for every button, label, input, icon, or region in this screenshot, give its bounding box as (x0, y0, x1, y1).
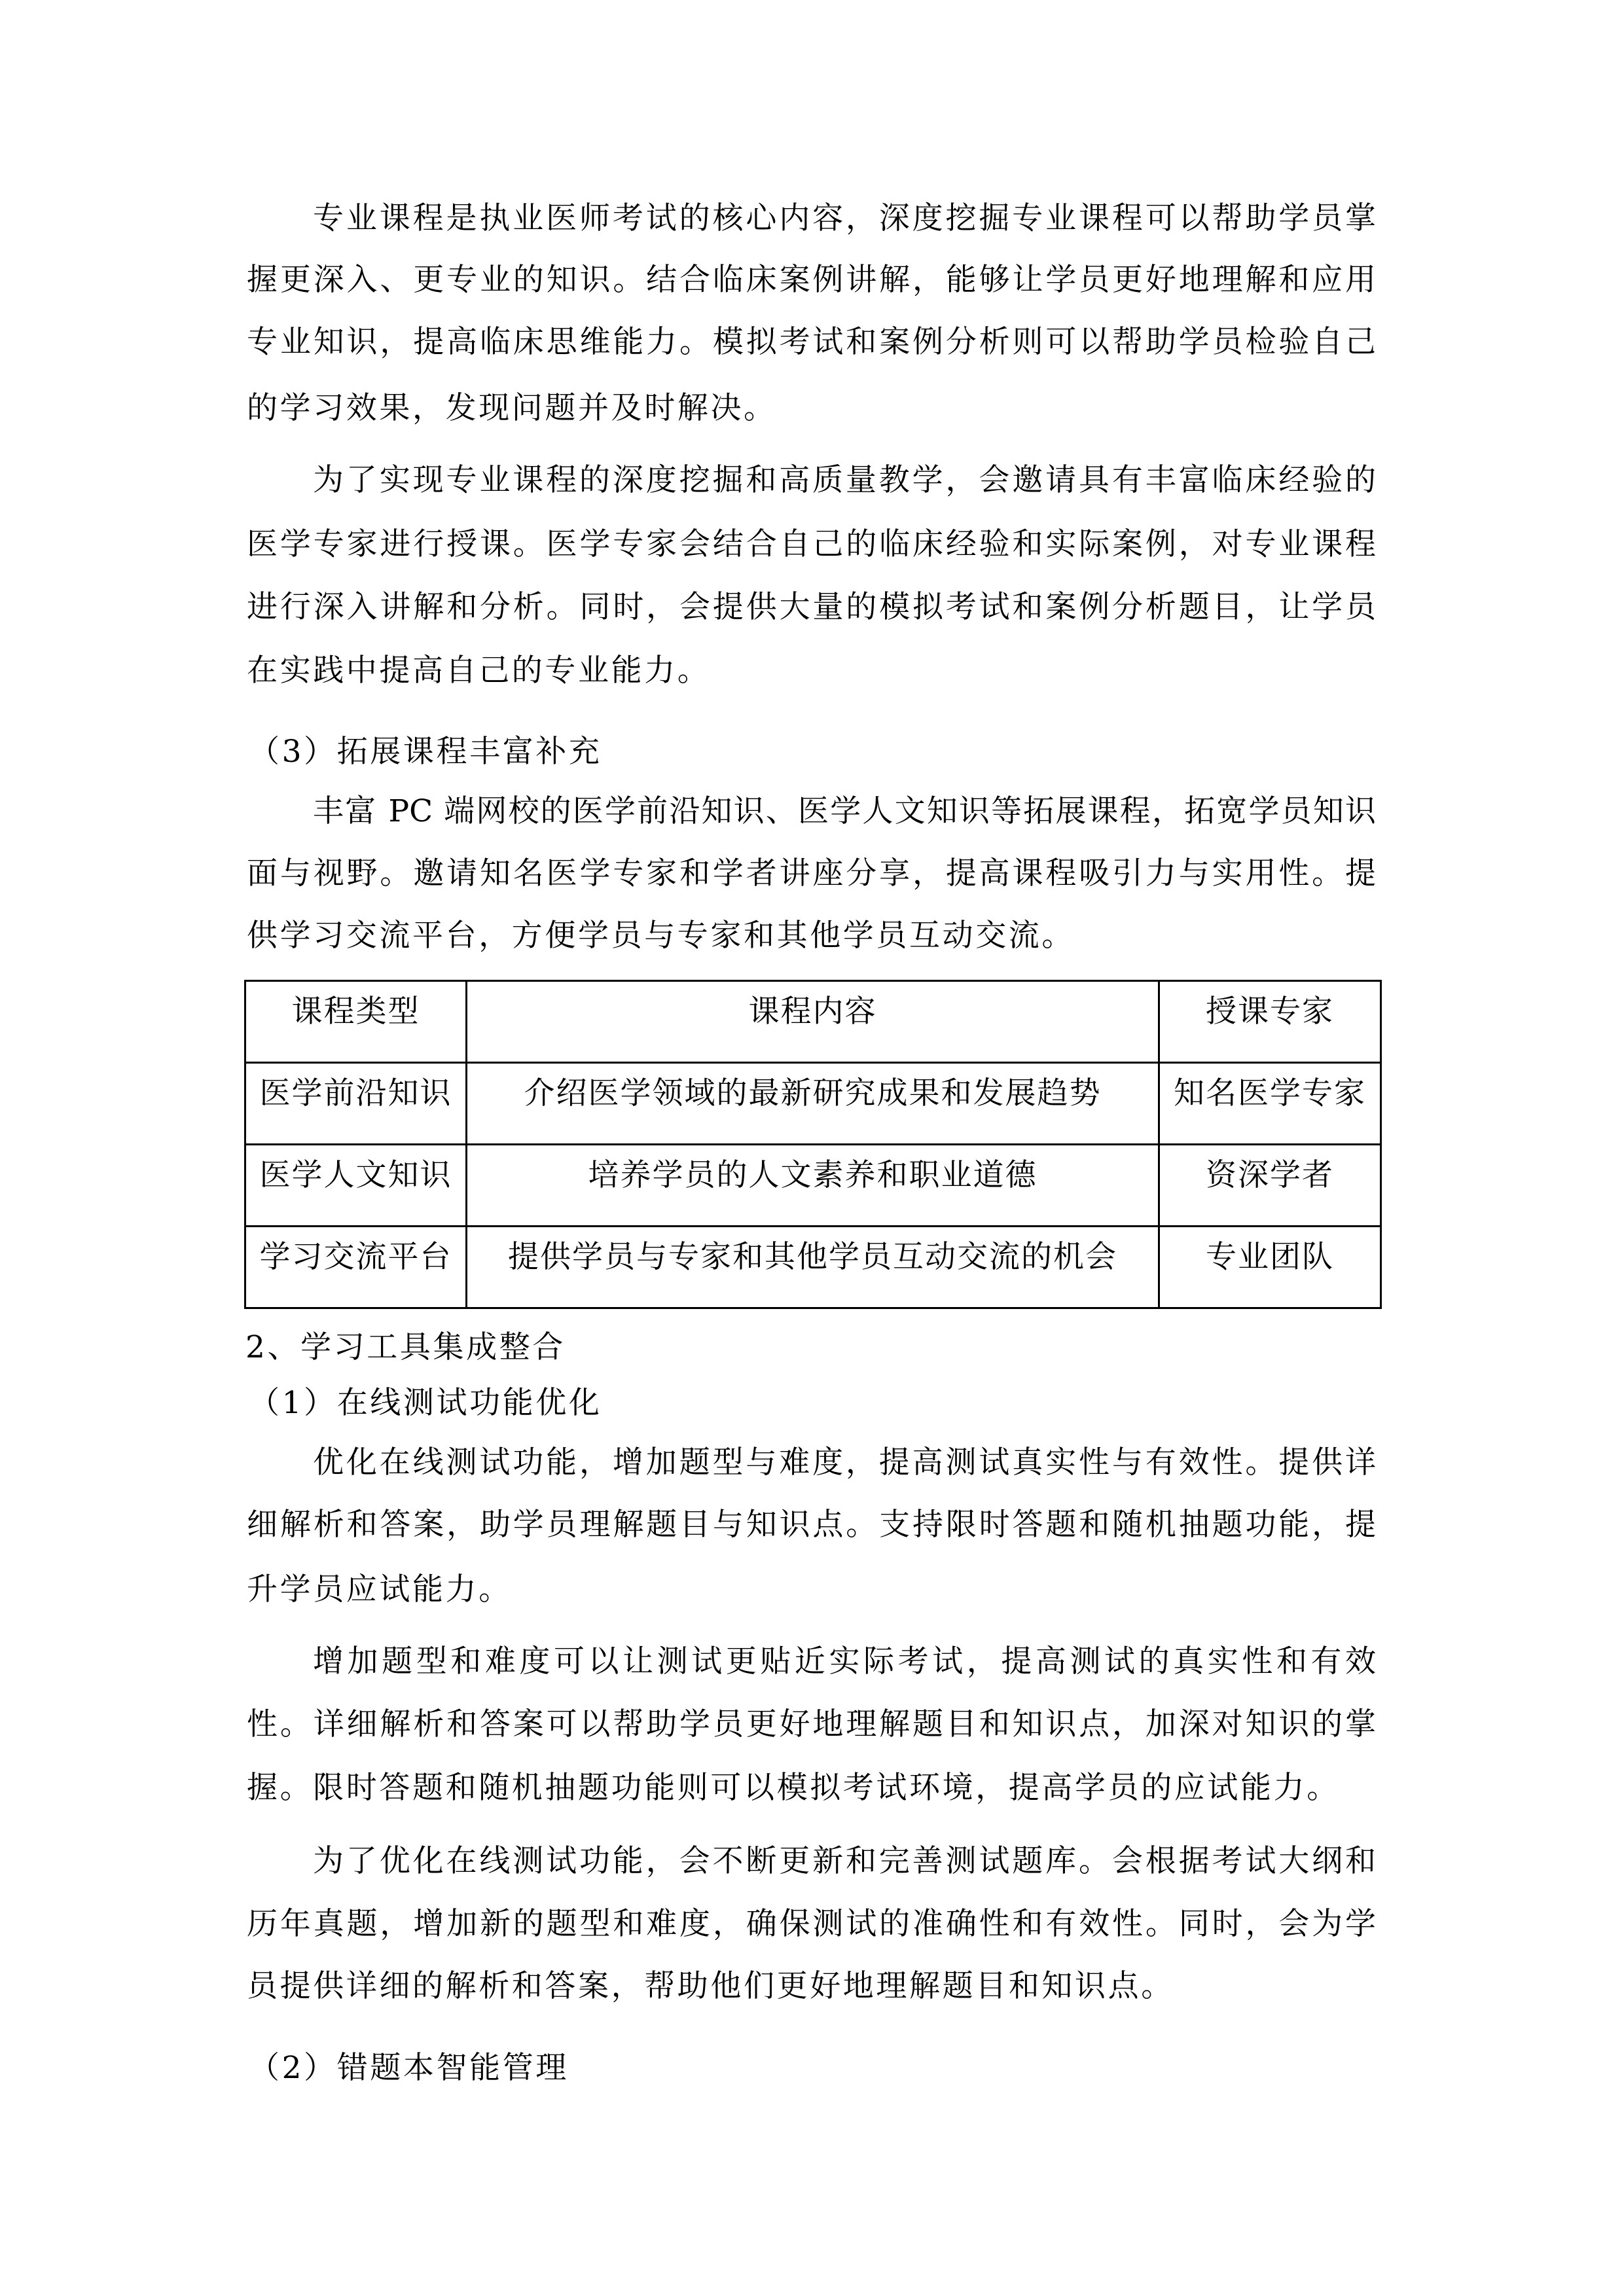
paragraph-3-line-2: 面与视野。邀请知名医学专家和学者讲座分享，提高课程吸引力与实用性。提 (247, 855, 1376, 892)
paragraph-1-line-3: 专业知识，提高临床思维能力。模拟考试和案例分析则可以帮助学员检验自己 (247, 324, 1376, 361)
paragraph-4-line-3: 升学员应试能力。 (247, 1571, 1376, 1608)
paragraph-6-line-2: 历年真题，增加新的题型和难度，确保测试的准确性和有效性。同时，会为学 (247, 1906, 1376, 1943)
paragraph-5-line-3: 握。限时答题和随机抽题功能则可以模拟考试环境，提高学员的应试能力。 (247, 1770, 1376, 1806)
paragraph-1-line-1: 专业课程是执业医师考试的核心内容，深度挖掘专业课程可以帮助学员掌 (313, 200, 1376, 237)
paragraph-6-line-1: 为了优化在线测试功能，会不断更新和完善测试题库。会根据考试大纲和 (313, 1843, 1376, 1880)
table-header-row: 课程类型 课程内容 授课专家 (245, 981, 1381, 1063)
paragraph-6-line-3: 员提供详细的解析和答案，帮助他们更好地理解题目和知识点。 (247, 1968, 1376, 2005)
paragraph-1-line-4: 的学习效果，发现问题并及时解决。 (247, 390, 1376, 427)
paragraph-2-line-1: 为了实现专业课程的深度挖掘和高质量教学，会邀请具有丰富临床经验的 (313, 462, 1376, 499)
section-heading-2-learning-tools: 2、学习工具集成整合 (245, 1329, 1375, 1366)
subheading-3-extended-courses: （3）拓展课程丰富补充 (249, 734, 1378, 770)
table-cell: 专业团队 (1159, 1227, 1381, 1308)
course-table: 课程类型 课程内容 授课专家 医学前沿知识 介绍医学领域的最新研究成果和发展趋势… (244, 980, 1382, 1309)
paragraph-4-line-1: 优化在线测试功能，增加题型与难度，提高测试真实性与有效性。提供详 (313, 1444, 1376, 1481)
paragraph-5-line-2: 性。详细解析和答案可以帮助学员更好地理解题目和知识点，加深对知识的掌 (247, 1706, 1376, 1743)
table-row: 医学人文知识 培养学员的人文素养和职业道德 资深学者 (245, 1145, 1381, 1227)
table-cell: 学习交流平台 (245, 1227, 467, 1308)
subheading-1-online-test: （1）在线测试功能优化 (249, 1385, 1378, 1422)
table-header-cell: 课程内容 (467, 981, 1159, 1063)
table-cell: 介绍医学领域的最新研究成果和发展趋势 (467, 1063, 1159, 1145)
table-header-cell: 授课专家 (1159, 981, 1381, 1063)
paragraph-2-line-2: 医学专家进行授课。医学专家会结合自己的临床经验和实际案例，对专业课程 (247, 526, 1376, 563)
paragraph-2-line-3: 进行深入讲解和分析。同时，会提供大量的模拟考试和案例分析题目，让学员 (247, 589, 1376, 626)
table-cell: 医学人文知识 (245, 1145, 467, 1227)
paragraph-3-line-1: 丰富 PC 端网校的医学前沿知识、医学人文知识等拓展课程，拓宽学员知识 (313, 793, 1376, 830)
paragraph-3-line-3: 供学习交流平台，方便学员与专家和其他学员互动交流。 (247, 918, 1376, 954)
paragraph-4-line-2: 细解析和答案，助学员理解题目与知识点。支持限时答题和随机抽题功能，提 (247, 1507, 1376, 1543)
table-cell: 提供学员与专家和其他学员互动交流的机会 (467, 1227, 1159, 1308)
table-cell: 医学前沿知识 (245, 1063, 467, 1145)
paragraph-2-line-4: 在实践中提高自己的专业能力。 (247, 653, 1376, 689)
paragraph-1-line-2: 握更深入、更专业的知识。结合临床案例讲解，能够让学员更好地理解和应用 (247, 262, 1376, 298)
table-cell: 培养学员的人文素养和职业道德 (467, 1145, 1159, 1227)
table-cell: 知名医学专家 (1159, 1063, 1381, 1145)
paragraph-5-line-1: 增加题型和难度可以让测试更贴近实际考试，提高测试的真实性和有效 (313, 1643, 1376, 1680)
table-row: 医学前沿知识 介绍医学领域的最新研究成果和发展趋势 知名医学专家 (245, 1063, 1381, 1145)
table-row: 学习交流平台 提供学员与专家和其他学员互动交流的机会 专业团队 (245, 1227, 1381, 1308)
subheading-2-wrong-question-book: （2）错题本智能管理 (249, 2050, 1378, 2087)
table-header-cell: 课程类型 (245, 981, 467, 1063)
table-cell: 资深学者 (1159, 1145, 1381, 1227)
